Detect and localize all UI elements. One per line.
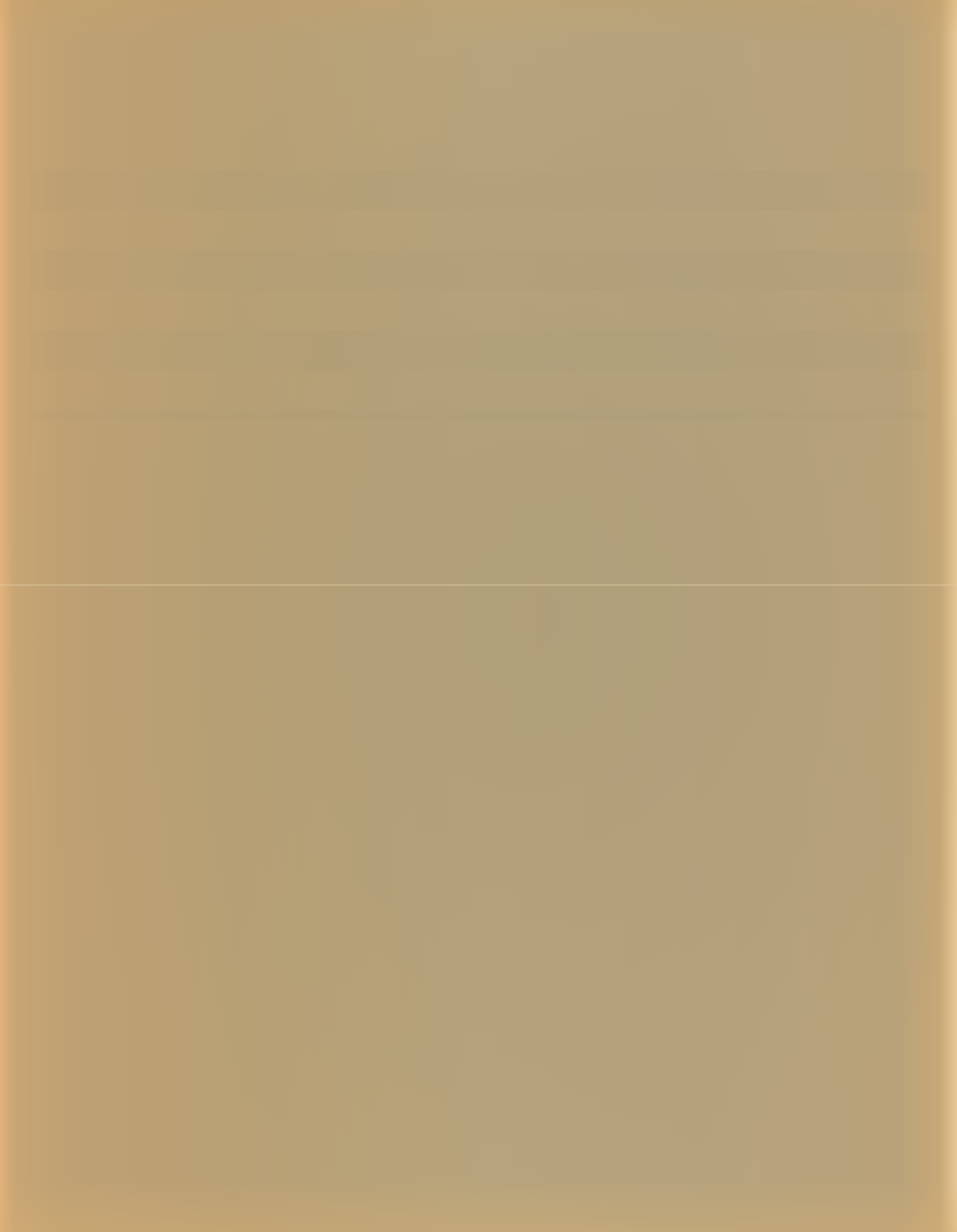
- blank-paper-page: [0, 0, 957, 1232]
- reverse-side-bleed-through: [30, 170, 927, 420]
- paper-fold-line: [0, 584, 957, 586]
